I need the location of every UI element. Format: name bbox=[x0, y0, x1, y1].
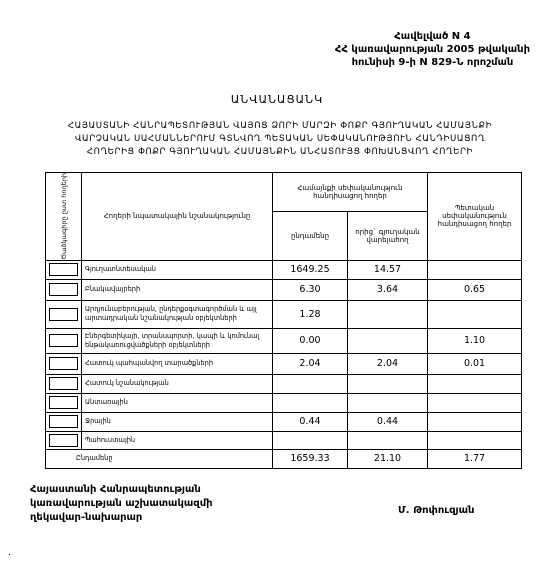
table-row: Բնակավայրերի6.303.640.65 bbox=[46, 279, 522, 300]
community-incl bbox=[348, 393, 428, 412]
code-cell bbox=[46, 412, 82, 431]
community-incl bbox=[348, 300, 428, 328]
state-value bbox=[428, 374, 522, 393]
community-incl: 0.44 bbox=[348, 412, 428, 431]
table-row: Պահուստային bbox=[46, 431, 522, 449]
code-box bbox=[49, 396, 78, 409]
state-value: 1.10 bbox=[428, 328, 522, 353]
header-community-group: Համայնքի սեփականություն հանդիսացող հողեր bbox=[273, 173, 428, 212]
community-incl: 3.64 bbox=[348, 279, 428, 300]
header-incl: որից` գյուղական վարելահող bbox=[348, 212, 428, 260]
community-incl: 2.04 bbox=[348, 353, 428, 374]
annex-line-1: Հավելված N 4 bbox=[335, 30, 530, 43]
document-subtitle: ՀԱՅԱՍՏԱՆԻ ՀԱՆՐԱՊԵՏՈՒԹՅԱՆ ՎԱՅՈՑ ՁՈՐԻ ՄԱՐԶ… bbox=[20, 120, 540, 159]
table-row: Արդյունաբերության, ընդերքօգտագործման և ա… bbox=[46, 300, 522, 328]
total-total: 1659.33 bbox=[273, 449, 348, 468]
header-code: Ծածկագիրը ըստ հողերի bbox=[46, 173, 82, 261]
annex-line-2: ՀՀ կառավարության 2005 թվականի bbox=[335, 43, 530, 56]
state-value: 0.01 bbox=[428, 353, 522, 374]
code-cell bbox=[46, 279, 82, 300]
land-category: Գյուղատնտեսական bbox=[82, 260, 273, 279]
community-total bbox=[273, 393, 348, 412]
subtitle-line-2: ՎԱՐՉԱԿԱՆ ՍԱՀՄԱՆՆԵՐՈՒՄ ԳՏՆՎՈՂ ՊԵՏԱԿԱՆ ՍԵՓ… bbox=[20, 133, 540, 146]
table-row: Ջրային0.440.44 bbox=[46, 412, 522, 431]
table-row: Հատուկ պահպանվող տարածքների2.042.040.01 bbox=[46, 353, 522, 374]
code-cell bbox=[46, 393, 82, 412]
state-value bbox=[428, 393, 522, 412]
code-box bbox=[49, 283, 78, 296]
signatory-title: Հայաստանի Հանրապետության կառավարության ա… bbox=[30, 483, 213, 525]
community-total: 1649.25 bbox=[273, 260, 348, 279]
community-total bbox=[273, 374, 348, 393]
community-total bbox=[273, 431, 348, 449]
state-value bbox=[428, 412, 522, 431]
community-incl: 14.57 bbox=[348, 260, 428, 279]
community-total: 0.44 bbox=[273, 412, 348, 431]
table-row: Հատուկ նշանակության bbox=[46, 374, 522, 393]
signatory-line-1: Հայաստանի Հանրապետության bbox=[30, 483, 213, 497]
community-incl bbox=[348, 374, 428, 393]
community-incl bbox=[348, 431, 428, 449]
code-box bbox=[49, 263, 78, 276]
code-cell bbox=[46, 300, 82, 328]
subtitle-line-3: ՀՈՂԵՐԻՑ ՓՈՔՐ ԳՅՈՒՂԱԿԱՆ ՀԱՄԱՅՆՔԻՆ ԱՆՀԱՏՈՒ… bbox=[20, 146, 540, 159]
land-category: Անտառային bbox=[82, 393, 273, 412]
code-cell bbox=[46, 374, 82, 393]
signatory-line-3: ղեկավար-նախարար bbox=[30, 511, 213, 525]
signatory-name: Մ. Թոփուզյան bbox=[398, 505, 474, 516]
land-category: Էներգետիկայի, տրանսպորտի, կապի և կոմունա… bbox=[82, 328, 273, 353]
table-row: Անտառային bbox=[46, 393, 522, 412]
land-category: Ջրային bbox=[82, 412, 273, 431]
code-box bbox=[49, 308, 78, 321]
header-code-text: Ծածկագիրը ըստ հողերի bbox=[60, 173, 68, 260]
code-box bbox=[49, 334, 78, 347]
land-category: Հատուկ պահպանվող տարածքների bbox=[82, 353, 273, 374]
table-total-row: Ընդամենը 1659.33 21.10 1.77 bbox=[46, 449, 522, 468]
land-category: Բնակավայրերի bbox=[82, 279, 273, 300]
code-cell bbox=[46, 353, 82, 374]
total-label: Ընդամենը bbox=[46, 449, 273, 468]
subtitle-line-1: ՀԱՅԱՍՏԱՆԻ ՀԱՆՐԱՊԵՏՈՒԹՅԱՆ ՎԱՅՈՑ ՁՈՐԻ ՄԱՐԶ… bbox=[20, 120, 540, 133]
code-cell bbox=[46, 431, 82, 449]
community-total: 1.28 bbox=[273, 300, 348, 328]
code-box bbox=[49, 415, 78, 428]
annex-reference: Հավելված N 4 ՀՀ կառավարության 2005 թվակա… bbox=[335, 30, 530, 69]
code-box bbox=[49, 434, 78, 447]
scan-speck bbox=[9, 554, 10, 555]
state-value bbox=[428, 260, 522, 279]
header-total: ընդամենը bbox=[273, 212, 348, 260]
code-cell bbox=[46, 260, 82, 279]
land-category: Պահուստային bbox=[82, 431, 273, 449]
land-category: Արդյունաբերության, ընդերքօգտագործման և ա… bbox=[82, 300, 273, 328]
community-total: 2.04 bbox=[273, 353, 348, 374]
community-total: 6.30 bbox=[273, 279, 348, 300]
code-cell bbox=[46, 328, 82, 353]
document-title: ԱՆՎԱՆԱՑԱՆԿ bbox=[0, 93, 554, 106]
land-table: Ծածկագիրը ըստ հողերի Հողերի նպատակային ն… bbox=[45, 172, 522, 469]
signatory-line-2: կառավարության աշխատակազմի bbox=[30, 497, 213, 511]
header-state: Պետական սեփականություն հանդիսացող հողեր bbox=[428, 173, 522, 261]
community-total: 0.00 bbox=[273, 328, 348, 353]
code-box bbox=[49, 357, 78, 370]
header-name: Հողերի նպատակային նշանակությունը bbox=[82, 173, 273, 261]
total-incl: 21.10 bbox=[348, 449, 428, 468]
land-category: Հատուկ նշանակության bbox=[82, 374, 273, 393]
state-value bbox=[428, 431, 522, 449]
table-row: Գյուղատնտեսական1649.2514.57 bbox=[46, 260, 522, 279]
total-state: 1.77 bbox=[428, 449, 522, 468]
state-value bbox=[428, 300, 522, 328]
code-box bbox=[49, 377, 78, 390]
state-value: 0.65 bbox=[428, 279, 522, 300]
community-incl bbox=[348, 328, 428, 353]
annex-line-3: հունիսի 9-ի N 829-Ն որոշման bbox=[335, 56, 530, 69]
table-row: Էներգետիկայի, տրանսպորտի, կապի և կոմունա… bbox=[46, 328, 522, 353]
